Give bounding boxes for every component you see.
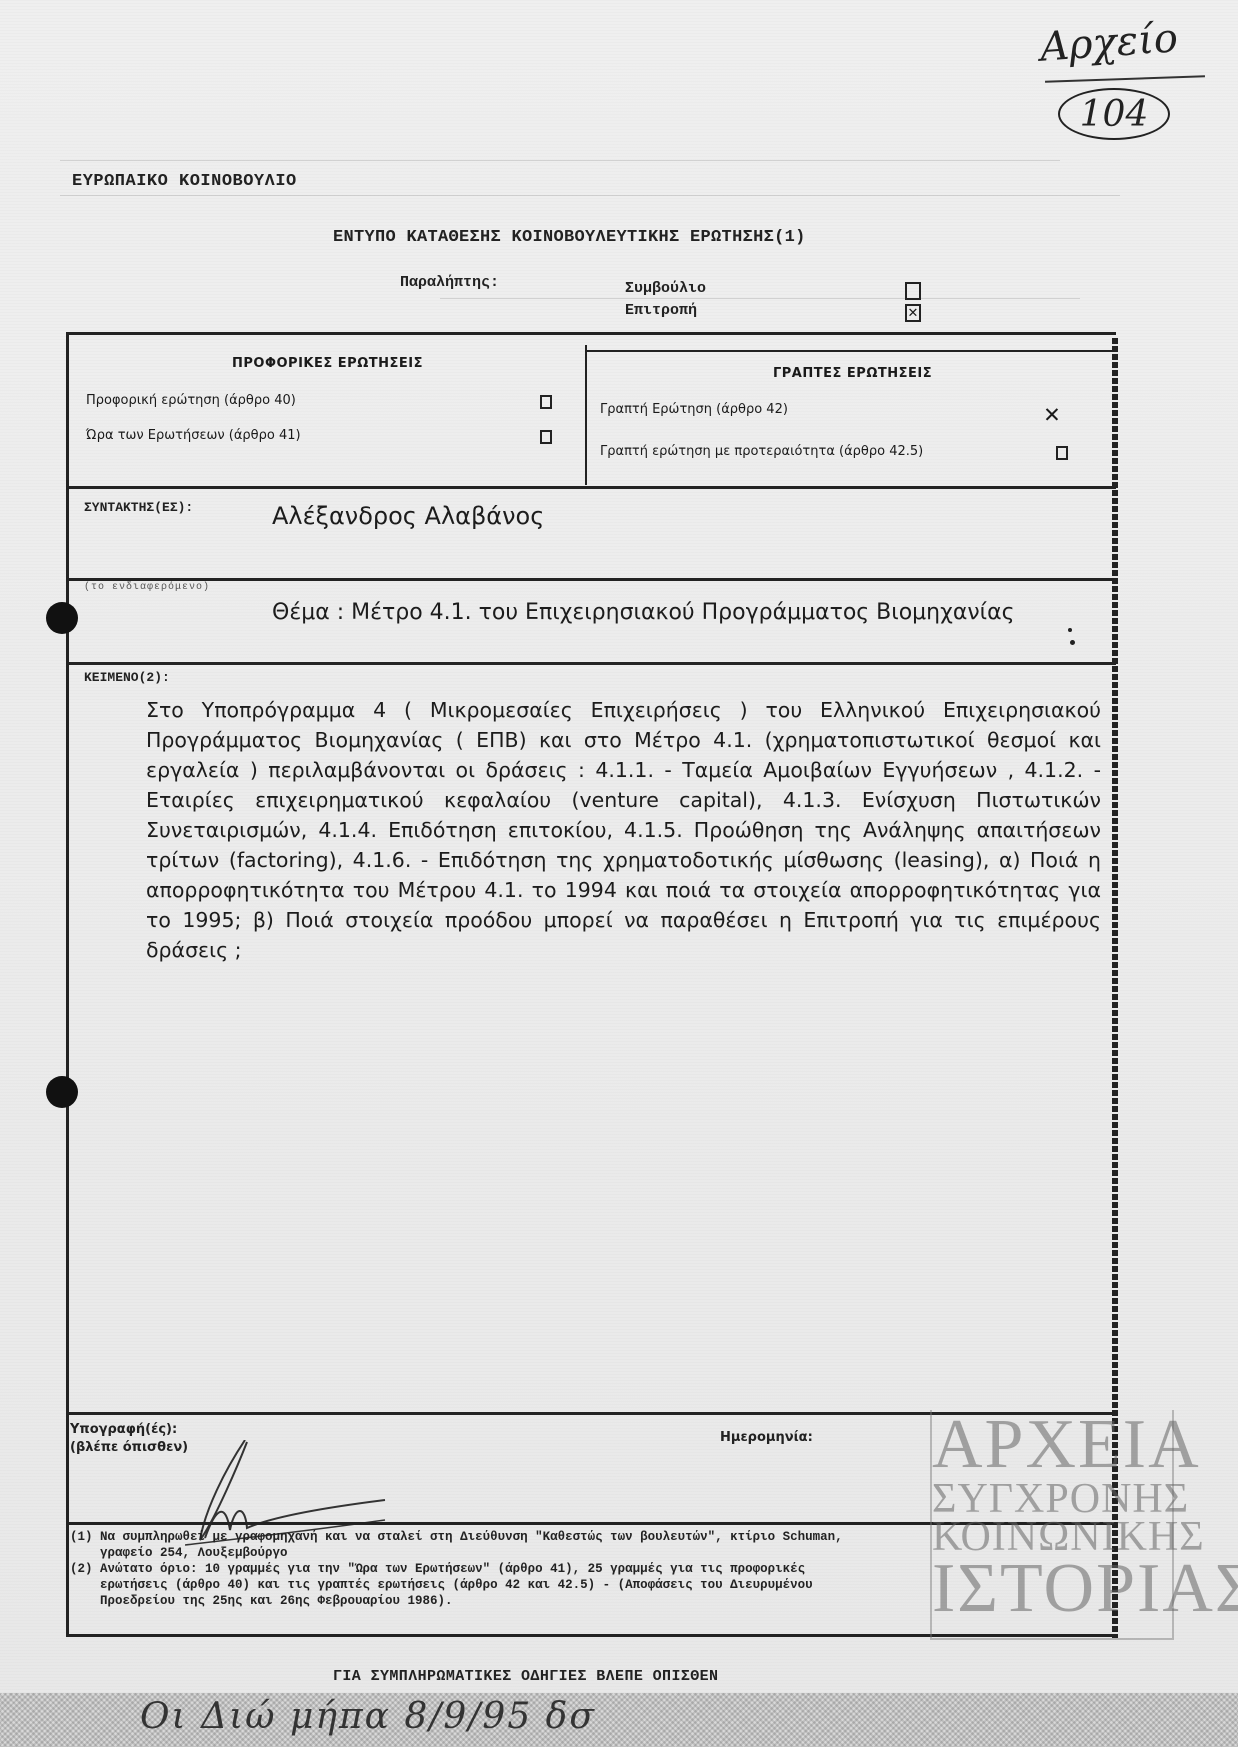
section-divider	[66, 578, 1116, 581]
recipient-label: Παραλήπτης:	[400, 274, 499, 291]
written-question-art42-label: Γραπτή Ερώτηση (άρθρο 42)	[600, 402, 788, 417]
scan-line	[60, 160, 1060, 161]
subject-faded-label: (το ενδιαφερόμενο)	[84, 582, 210, 593]
footnote-2-line-1: (2) Ανώτατο όριο: 10 γραμμές για την "Ώρ…	[70, 1562, 805, 1577]
scan-line	[440, 298, 1080, 299]
watermark-line-4: ΙΣΤΟΡΙΑΣ	[932, 1554, 1172, 1624]
footnote-1-line-2: γραφείο 254, Λουξεμβούργο	[70, 1546, 288, 1561]
archive-handwritten-label: Αρχείο	[1039, 15, 1180, 71]
recipient-council-checkbox[interactable]	[905, 282, 921, 300]
priority-written-question-label: Γραπτή ερώτηση με προτεραιότητα (άρθρο 4…	[600, 444, 923, 459]
oral-questions-heading: ΠΡΟΦΟΡΙΚΕΣ ΕΡΩΤΗΣΕΙΣ	[232, 356, 423, 371]
section-divider	[585, 345, 587, 485]
watermark-line-1: ΑΡΧΕΙΑ	[932, 1410, 1172, 1480]
subject-text: Θέμα : Μέτρο 4.1. του Επιχειρησιακού Προ…	[272, 600, 1014, 625]
handwritten-date-note: Οι Διώ μήπα 8/9/95 δσ	[140, 1696, 596, 1737]
section-divider	[66, 486, 1116, 489]
section-divider	[585, 350, 1115, 352]
signature-see-back-label: (βλέπε όπισθεν)	[70, 1440, 188, 1455]
scan-line	[60, 195, 1120, 196]
speck	[1070, 640, 1075, 645]
footnote-2-line-3: Προεδρείου της 25ης και 26ης Φεβρουαρίου…	[70, 1594, 453, 1609]
punch-hole	[46, 602, 78, 634]
organization-name: ΕΥΡΩΠΑΙΚΟ ΚΟΙΝΟΒΟΥΛΙΟ	[72, 172, 297, 191]
recipient-commission-label: Επιτροπή	[625, 302, 697, 319]
written-question-art42-checkbox[interactable]: ✕	[1042, 404, 1062, 426]
written-questions-heading: ΓΡΑΠΤΕΣ ΕΡΩΤΗΣΕΙΣ	[773, 366, 932, 381]
oral-question-art40-label: Προφορική ερώτηση (άρθρο 40)	[86, 393, 296, 408]
archive-watermark: ΑΡΧΕΙΑ ΣΥΓΧΡΟΝΗΣ ΚΟΙΝΩΝΙΚΗΣ ΙΣΤΟΡΙΑΣ	[930, 1410, 1174, 1640]
archive-number-circled: 104	[1058, 88, 1170, 140]
question-time-art41-label: Ώρα των Ερωτήσεων (άρθρο 41)	[86, 428, 301, 443]
see-back-instructions: ΓΙΑ ΣΥΜΠΛΗΡΩΜΑΤΙΚΕΣ ΟΔΗΓΙΕΣ ΒΛΕΠΕ ΟΠΙΣΘΕ…	[333, 1668, 718, 1685]
question-time-art41-checkbox[interactable]	[540, 430, 552, 444]
footnote-2-line-2: ερωτήσεις (άρθρο 40) και τις γραπτές ερω…	[70, 1578, 813, 1593]
signature-label: Υπογραφή(ές):	[70, 1422, 177, 1437]
author-name: Αλέξανδρος Αλαβάνος	[272, 502, 544, 530]
body-label: ΚΕΙΜΕΝΟ(2):	[84, 670, 170, 685]
question-body-text: Στο Υποπρόγραμμα 4 ( Μικρομεσαίες Επιχει…	[146, 695, 1101, 965]
speck	[1068, 628, 1072, 632]
priority-written-question-checkbox[interactable]	[1056, 446, 1068, 460]
author-label: ΣΥΝΤΑΚΤΗΣ(ΕΣ):	[84, 500, 193, 515]
punch-hole	[46, 1076, 78, 1108]
date-label: Ημερομηνία:	[720, 1430, 813, 1445]
recipient-council-label: Συμβούλιο	[625, 280, 706, 297]
form-title: ΕΝΤΥΠΟ ΚΑΤΑΘΕΣΗΣ ΚΟΙΝΟΒΟΥΛΕΥΤΙΚΗΣ ΕΡΩΤΗΣ…	[333, 228, 806, 247]
recipient-commission-checkbox[interactable]: ✕	[905, 304, 921, 322]
footnote-1-line-1: (1) Να συμπληρωθεί με γραφομηχανή και να…	[70, 1530, 843, 1545]
section-divider	[66, 662, 1116, 665]
oral-question-art40-checkbox[interactable]	[540, 395, 552, 409]
